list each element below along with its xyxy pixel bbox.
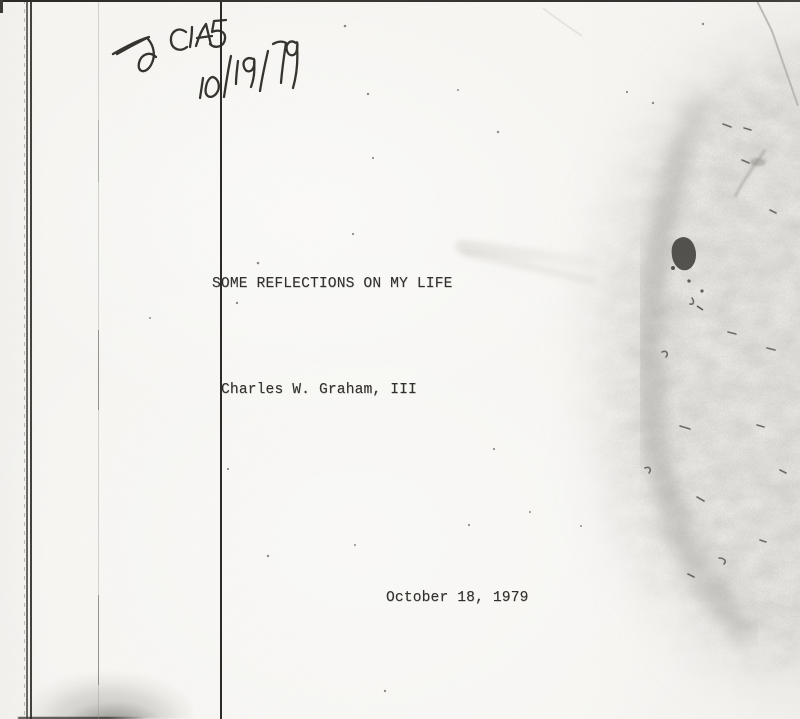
bottom-left-smudge — [20, 663, 192, 719]
left-double-line-outer — [26, 0, 28, 719]
faint-line-dark-segment-2 — [98, 330, 100, 410]
scanned-document-page: SOME REFLECTIONS ON MY LIFE Charles W. G… — [0, 0, 800, 719]
document-title: SOME REFLECTIONS ON MY LIFE — [212, 277, 453, 292]
faint-line-dark-segment-3 — [98, 595, 100, 685]
faint-line-dark-segment-1 — [98, 120, 100, 182]
left-dashed-scan-line — [24, 0, 25, 719]
document-author: Charles W. Graham, III — [221, 383, 417, 398]
handwritten-note — [98, 10, 318, 110]
document-date: October 18, 1979 — [386, 591, 529, 606]
top-left-corner-mark — [0, 0, 3, 13]
top-edge-scan-line — [0, 0, 800, 2]
left-double-line-inner — [30, 0, 32, 719]
